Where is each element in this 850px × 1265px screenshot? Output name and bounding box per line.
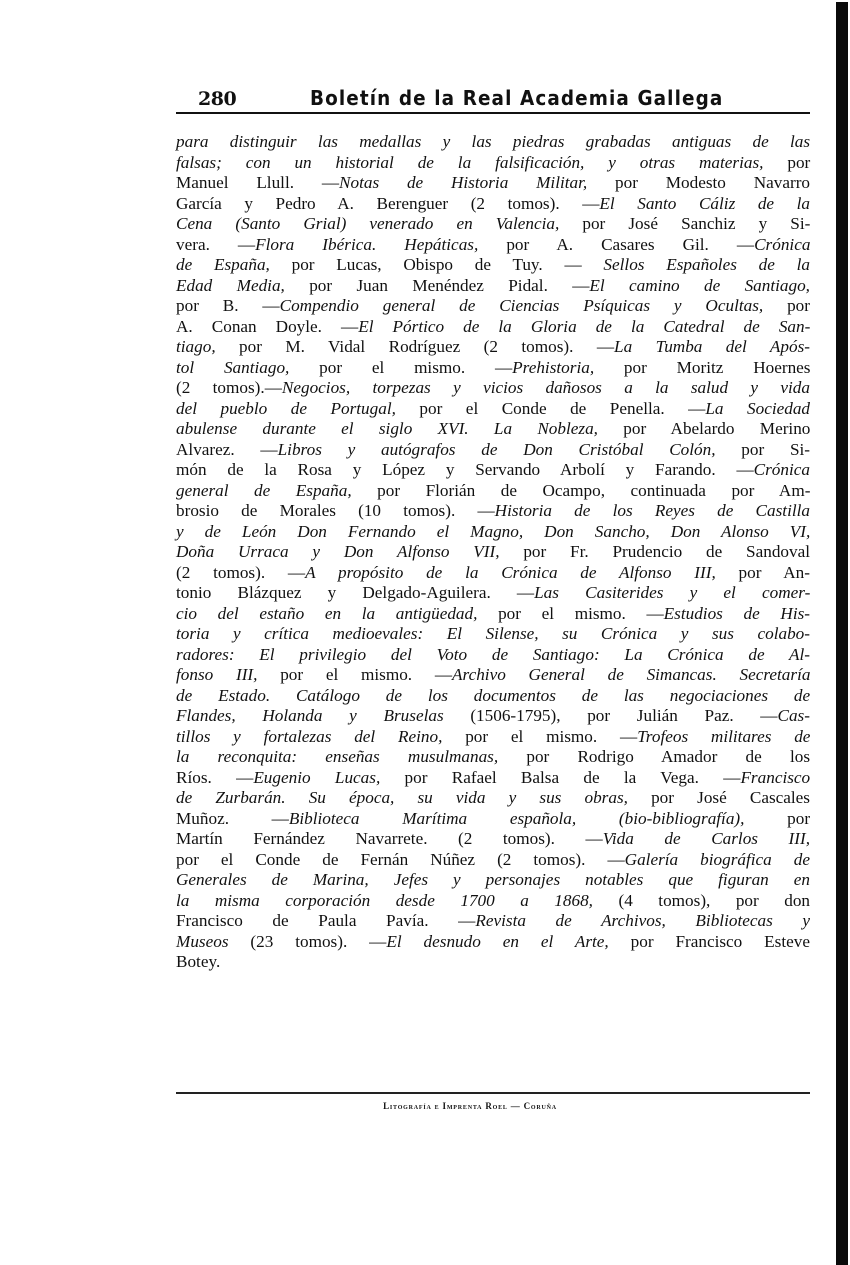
- text-line: món de la Rosa y López y Servando Arbolí…: [176, 460, 810, 481]
- page-header: 280 Boletín de la Real Academia Gallega: [176, 80, 810, 112]
- italic-title-segment: la reconquita: enseñas musulmanas,: [176, 747, 498, 766]
- text-line: la reconquita: enseñas musulmanas, por R…: [176, 747, 810, 768]
- italic-title-segment: de Zurbarán. Su época, su vida y sus obr…: [176, 788, 628, 807]
- text-line: tonio Blázquez y Delgado-Aguilera. —Las …: [176, 583, 810, 604]
- roman-text-segment: por el mismo. —: [477, 604, 663, 623]
- text-line: A. Conan Doyle. —El Pórtico de la Gloria…: [176, 317, 810, 338]
- italic-title-segment: Cena (Santo Grial) venerado en Valencia,: [176, 214, 559, 233]
- italic-title-segment: Notas de Historia Militar,: [339, 173, 587, 192]
- page-number: 280: [198, 88, 236, 110]
- italic-title-segment: general de España,: [176, 481, 352, 500]
- roman-text-segment: por el mismo. —: [442, 727, 637, 746]
- scanned-page-edge: [836, 2, 848, 1265]
- italic-title-segment: tiago,: [176, 337, 216, 356]
- text-line: toria y crítica medioevales: El Silense,…: [176, 624, 810, 645]
- footer-rule: [176, 1092, 810, 1094]
- italic-title-segment: La Sociedad: [705, 399, 810, 418]
- roman-text-segment: por Fr. Prudencio de Sandoval: [500, 542, 810, 561]
- italic-title-segment: Libros y autógrafos de Don Cristóbal Col…: [278, 440, 716, 459]
- italic-title-segment: fonso III,: [176, 665, 257, 684]
- text-line: (2 tomos). —A propósito de la Crónica de…: [176, 563, 810, 584]
- italic-title-segment: Eugenio Lucas,: [253, 768, 380, 787]
- roman-text-segment: brosio de Morales (10 tomos). —: [176, 501, 495, 520]
- roman-text-segment: por el Conde de Penella. —: [396, 399, 705, 418]
- italic-title-segment: Vida de Carlos III,: [603, 829, 810, 848]
- italic-title-segment: abulense durante el siglo XVI. La Noblez…: [176, 419, 598, 438]
- roman-text-segment: Martín Fernández Navarrete. (2 tomos). —: [176, 829, 603, 848]
- italic-title-segment: El Santo Cáliz de la: [599, 194, 810, 213]
- text-line: brosio de Morales (10 tomos). —Historia …: [176, 501, 810, 522]
- roman-text-segment: por Abelardo Merino: [598, 419, 810, 438]
- text-line: por el Conde de Fernán Núñez (2 tomos). …: [176, 850, 810, 871]
- roman-text-segment: tonio Blázquez y Delgado-Aguilera. —: [176, 583, 534, 602]
- italic-title-segment: Biblioteca Marítima española, (bio-bibli…: [289, 809, 745, 828]
- roman-text-segment: por: [763, 153, 810, 172]
- text-line: cio del estaño en la antigüedad, por el …: [176, 604, 810, 625]
- text-line: tiago, por M. Vidal Rodríguez (2 tomos).…: [176, 337, 810, 358]
- text-line: y de León Don Fernando el Magno, Don San…: [176, 522, 810, 543]
- italic-title-segment: Sellos Españoles de la: [603, 255, 810, 274]
- italic-title-segment: Flora Ibérica. Hepáticas,: [255, 235, 478, 254]
- italic-title-segment: Galería biográfica de: [625, 850, 810, 869]
- italic-title-segment: El camino de Santiago,: [589, 276, 810, 295]
- roman-text-segment: por el mismo. —: [289, 358, 512, 377]
- text-line: vera. —Flora Ibérica. Hepáticas, por A. …: [176, 235, 810, 256]
- roman-text-segment: por Rodrigo Amador de los: [498, 747, 810, 766]
- text-line: tol Santiago, por el mismo. —Prehistoria…: [176, 358, 810, 379]
- roman-text-segment: por Juan Menéndez Pidal. —: [285, 276, 590, 295]
- italic-title-segment: Generales de Marina, Jefes y personajes …: [176, 870, 810, 889]
- roman-text-segment: por Si-: [716, 440, 810, 459]
- italic-title-segment: Archivo General de Simancas. Secretaría: [452, 665, 810, 684]
- text-line: Manuel Llull. —Notas de Historia Militar…: [176, 173, 810, 194]
- roman-text-segment: por Francisco Esteve: [609, 932, 810, 951]
- body-text: para distinguir las medallas y las piedr…: [176, 132, 810, 973]
- text-line: Muñoz. —Biblioteca Marítima española, (b…: [176, 809, 810, 830]
- text-line: Flandes, Holanda y Bruselas (1506-1795),…: [176, 706, 810, 727]
- text-line: Alvarez. —Libros y autógrafos de Don Cri…: [176, 440, 810, 461]
- text-line: Doña Urraca y Don Alfonso VII, por Fr. P…: [176, 542, 810, 563]
- text-line: Francisco de Paula Pavía. —Revista de Ar…: [176, 911, 810, 932]
- text-line: Generales de Marina, Jefes y personajes …: [176, 870, 810, 891]
- italic-title-segment: y de León Don Fernando el Magno, Don San…: [176, 522, 810, 541]
- italic-title-segment: Historia de los Reyes de Castilla: [495, 501, 810, 520]
- italic-title-segment: Las Casiterides y el comer-: [534, 583, 810, 602]
- text-line: por B. —Compendio general de Ciencias Ps…: [176, 296, 810, 317]
- text-line: del pueblo de Portugal, por el Conde de …: [176, 399, 810, 420]
- roman-text-segment: Francisco de Paula Pavía. —: [176, 911, 475, 930]
- text-line: general de España, por Florián de Ocampo…: [176, 481, 810, 502]
- italic-title-segment: Flandes, Holanda y Bruselas: [176, 706, 444, 725]
- text-line: Museos (23 tomos). —El desnudo en el Art…: [176, 932, 810, 953]
- roman-text-segment: Muñoz. —: [176, 809, 289, 828]
- roman-text-segment: (4 tomos), por don: [593, 891, 810, 910]
- italic-title-segment: del pueblo de Portugal,: [176, 399, 396, 418]
- roman-text-segment: Botey.: [176, 952, 220, 971]
- italic-title-segment: Crónica: [754, 235, 810, 254]
- italic-title-segment: Compendio general de Ciencias Psíquicas …: [280, 296, 764, 315]
- roman-text-segment: por: [744, 809, 810, 828]
- roman-text-segment: A. Conan Doyle. —: [176, 317, 358, 336]
- text-line: Martín Fernández Navarrete. (2 tomos). —…: [176, 829, 810, 850]
- italic-title-segment: tillos y fortalezas del Reino,: [176, 727, 442, 746]
- roman-text-segment: Alvarez. —: [176, 440, 278, 459]
- italic-title-segment: de Estado. Catálogo de los documentos de…: [176, 686, 810, 705]
- roman-text-segment: por Lucas, Obispo de Tuy. —: [270, 255, 604, 274]
- roman-text-segment: García y Pedro A. Berenguer (2 tomos). —: [176, 194, 599, 213]
- text-line: (2 tomos).—Negocios, torpezas y vicios d…: [176, 378, 810, 399]
- italic-title-segment: El Pórtico de la Gloria de la Catedral d…: [358, 317, 810, 336]
- italic-title-segment: la misma corporación desde 1700 a 1868,: [176, 891, 593, 910]
- roman-text-segment: por Moritz Hoernes: [594, 358, 810, 377]
- roman-text-segment: por el mismo. —: [257, 665, 452, 684]
- text-line: de Estado. Catálogo de los documentos de…: [176, 686, 810, 707]
- italic-title-segment: Trofeos militares de: [637, 727, 810, 746]
- text-line: de España, por Lucas, Obispo de Tuy. — S…: [176, 255, 810, 276]
- italic-title-segment: El desnudo en el Arte,: [386, 932, 608, 951]
- roman-text-segment: por: [763, 296, 810, 315]
- text-line: para distinguir las medallas y las piedr…: [176, 132, 810, 153]
- italic-title-segment: de España,: [176, 255, 270, 274]
- roman-text-segment: por el Conde de Fernán Núñez (2 tomos). …: [176, 850, 625, 869]
- printer-colophon: Litografía e Imprenta Roel — Coruña: [0, 1101, 850, 1111]
- roman-text-segment: por Florián de Ocampo, continuada por Am…: [352, 481, 811, 500]
- text-line: falsas; con un historial de la falsifica…: [176, 153, 810, 174]
- roman-text-segment: por M. Vidal Rodríguez (2 tomos). —: [216, 337, 614, 356]
- roman-text-segment: (1506-1795), por Julián Paz. —: [444, 706, 778, 725]
- text-line: Botey.: [176, 952, 810, 973]
- roman-text-segment: por B. —: [176, 296, 280, 315]
- italic-title-segment: A propósito de la Crónica de Alfonso III…: [305, 563, 716, 582]
- italic-title-segment: Edad Media,: [176, 276, 285, 295]
- italic-title-segment: Francisco: [740, 768, 810, 787]
- roman-text-segment: por Rafael Balsa de la Vega. —: [380, 768, 740, 787]
- text-line: García y Pedro A. Berenguer (2 tomos). —…: [176, 194, 810, 215]
- roman-text-segment: por José Sanchiz y Si-: [559, 214, 810, 233]
- roman-text-segment: (2 tomos).—: [176, 378, 282, 397]
- roman-text-segment: (2 tomos). —: [176, 563, 305, 582]
- roman-text-segment: por Modesto Navarro: [587, 173, 810, 192]
- italic-title-segment: Negocios, torpezas y vicios dañosos a la…: [282, 378, 810, 397]
- italic-title-segment: cio del estaño en la antigüedad,: [176, 604, 477, 623]
- text-line: Cena (Santo Grial) venerado en Valencia,…: [176, 214, 810, 235]
- roman-text-segment: por A. Casares Gil. —: [478, 235, 754, 254]
- text-line: Ríos. —Eugenio Lucas, por Rafael Balsa d…: [176, 768, 810, 789]
- italic-title-segment: falsas; con un historial de la falsifica…: [176, 153, 763, 172]
- italic-title-segment: La Tumba del Após-: [614, 337, 810, 356]
- italic-title-segment: radores: El privilegio del Voto de Santi…: [176, 645, 810, 664]
- text-line: Edad Media, por Juan Menéndez Pidal. —El…: [176, 276, 810, 297]
- italic-title-segment: Revista de Archivos, Bibliotecas y: [475, 911, 810, 930]
- text-line: radores: El privilegio del Voto de Santi…: [176, 645, 810, 666]
- italic-title-segment: Museos: [176, 932, 229, 951]
- italic-title-segment: Cas-: [778, 706, 810, 725]
- text-line: tillos y fortalezas del Reino, por el mi…: [176, 727, 810, 748]
- header-rule: [176, 112, 810, 114]
- running-title: Boletín de la Real Academia Gallega: [310, 86, 723, 110]
- text-line: fonso III, por el mismo. —Archivo Genera…: [176, 665, 810, 686]
- text-line: abulense durante el siglo XVI. La Noblez…: [176, 419, 810, 440]
- roman-text-segment: por José Cascales: [628, 788, 810, 807]
- italic-title-segment: Prehistoria,: [512, 358, 594, 377]
- roman-text-segment: vera. —: [176, 235, 255, 254]
- roman-text-segment: món de la Rosa y López y Servando Arbolí…: [176, 460, 754, 479]
- italic-title-segment: Crónica: [754, 460, 810, 479]
- text-line: de Zurbarán. Su época, su vida y sus obr…: [176, 788, 810, 809]
- italic-title-segment: toria y crítica medioevales: El Silense,…: [176, 624, 810, 643]
- roman-text-segment: Manuel Llull. —: [176, 173, 339, 192]
- roman-text-segment: Ríos. —: [176, 768, 253, 787]
- text-line: la misma corporación desde 1700 a 1868, …: [176, 891, 810, 912]
- italic-title-segment: Doña Urraca y Don Alfonso VII,: [176, 542, 500, 561]
- italic-title-segment: tol Santiago,: [176, 358, 289, 377]
- roman-text-segment: (23 tomos). —: [229, 932, 387, 951]
- italic-title-segment: Estudios de His-: [664, 604, 810, 623]
- italic-title-segment: para distinguir las medallas y las piedr…: [176, 132, 810, 151]
- roman-text-segment: por An-: [716, 563, 810, 582]
